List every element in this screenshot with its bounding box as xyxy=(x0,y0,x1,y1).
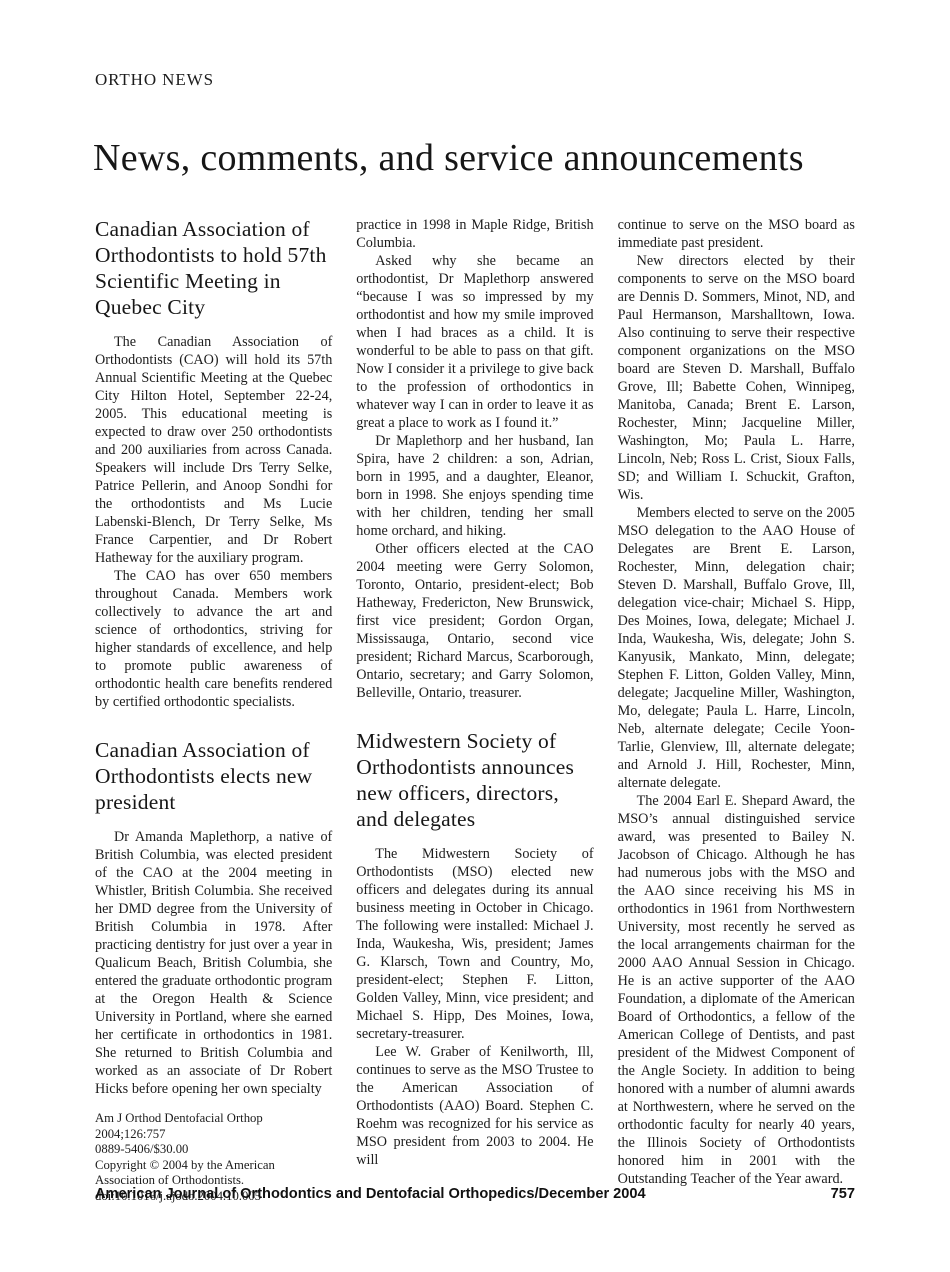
page-footer: American Journal of Orthodontics and Den… xyxy=(95,1186,855,1202)
article-columns: Canadian Association of Orthodontists to… xyxy=(95,216,855,1205)
column-2: practice in 1998 in Maple Ridge, British… xyxy=(356,216,593,1205)
paragraph: Dr Amanda Maplethorp, a native of Britis… xyxy=(95,828,332,1098)
paragraph: Lee W. Graber of Kenilworth, Ill, contin… xyxy=(356,1043,593,1169)
footer-journal-line: American Journal of Orthodontics and Den… xyxy=(95,1186,646,1202)
heading-cao-president: Canadian Association of Orthodontists el… xyxy=(95,737,332,815)
paragraph: Members elected to serve on the 2005 MSO… xyxy=(618,504,855,792)
citation-issn-price: 0889-5406/$30.00 xyxy=(95,1142,332,1158)
citation-copyright: Copyright © 2004 by the American Associa… xyxy=(95,1158,332,1189)
heading-mso-officers: Midwestern Society of Orthodontists anno… xyxy=(356,728,593,832)
paragraph: The CAO has over 650 members throughout … xyxy=(95,567,332,711)
paragraph: The Canadian Association of Orthodontist… xyxy=(95,333,332,567)
section-kicker: ORTHO NEWS xyxy=(95,70,214,90)
journal-page: ORTHO NEWS News, comments, and service a… xyxy=(0,0,950,1272)
citation-reference: Am J Orthod Dentofacial Orthop 2004;126:… xyxy=(95,1111,332,1142)
column-1: Canadian Association of Orthodontists to… xyxy=(95,216,332,1205)
paragraph: The Midwestern Society of Orthodontists … xyxy=(356,845,593,1043)
paragraph: Other officers elected at the CAO 2004 m… xyxy=(356,540,593,702)
page-title: News, comments, and service announcement… xyxy=(93,136,804,180)
paragraph: Dr Maplethorp and her husband, Ian Spira… xyxy=(356,432,593,540)
heading-cao-meeting: Canadian Association of Orthodontists to… xyxy=(95,216,332,320)
column-3: continue to serve on the MSO board as im… xyxy=(618,216,855,1205)
paragraph: Asked why she became an orthodontist, Dr… xyxy=(356,252,593,432)
footer-page-number: 757 xyxy=(831,1186,855,1202)
paragraph-continuation: continue to serve on the MSO board as im… xyxy=(618,216,855,252)
paragraph: The 2004 Earl E. Shepard Award, the MSO’… xyxy=(618,792,855,1188)
paragraph: New directors elected by their component… xyxy=(618,252,855,504)
paragraph-continuation: practice in 1998 in Maple Ridge, British… xyxy=(356,216,593,252)
